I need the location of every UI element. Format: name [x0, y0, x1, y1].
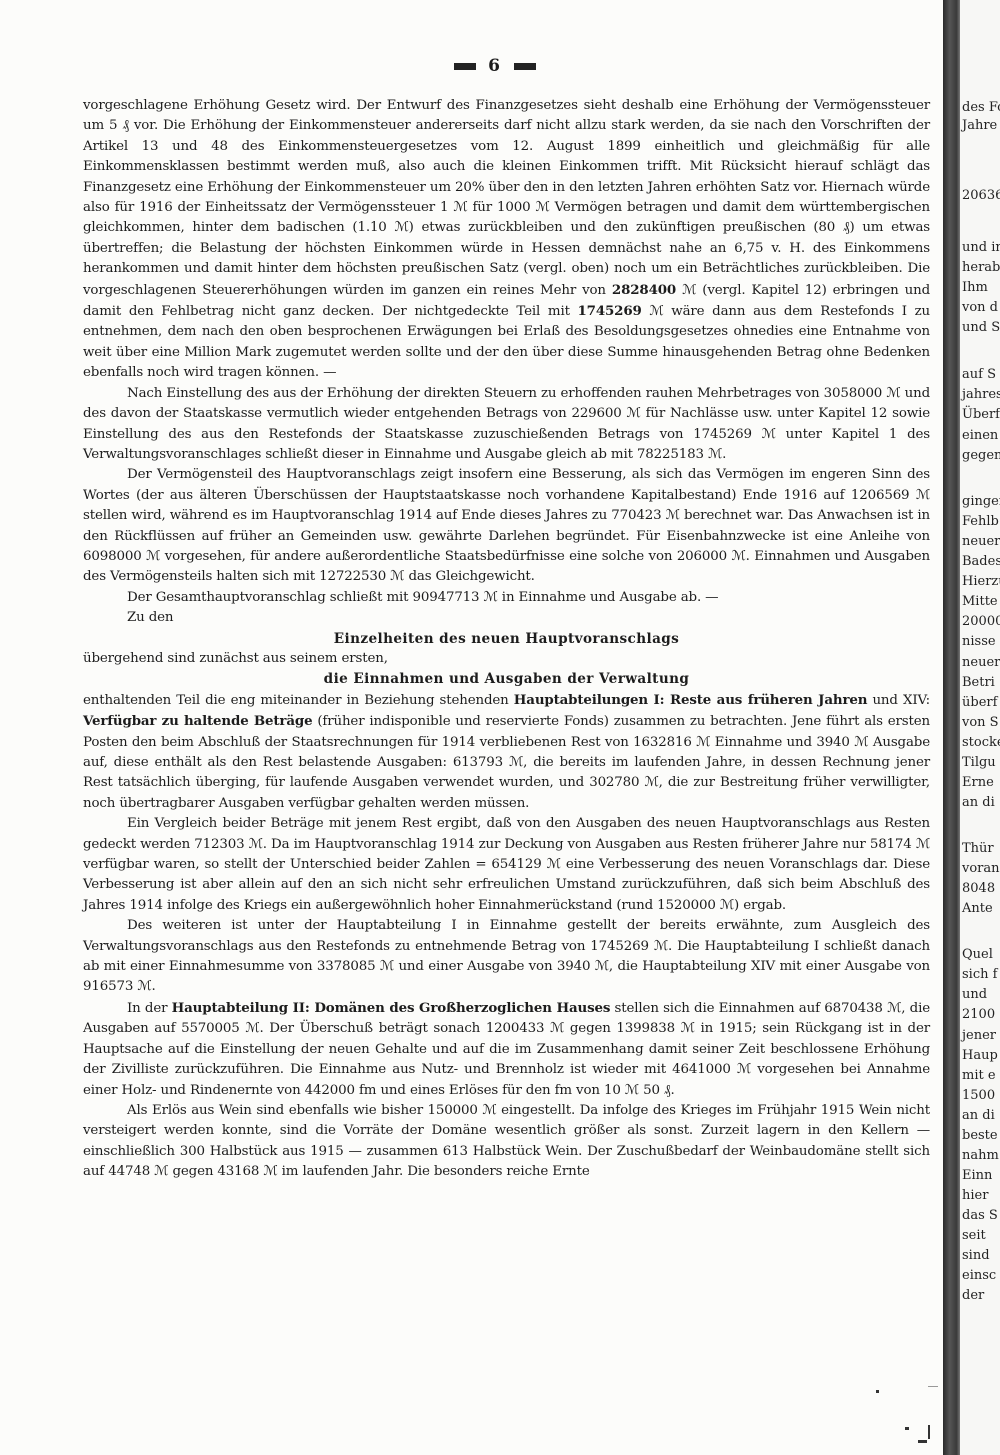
text-run: Des weiteren ist unter der Hauptabteilun…: [83, 918, 930, 994]
adjacent-page-text-fragment: an di: [962, 795, 995, 810]
page-number-header: 6: [0, 56, 990, 76]
text-run: Der Gesamthauptvoranschlag schließt mit …: [127, 590, 718, 605]
text-run: enthaltenden Teil die eng miteinander in…: [83, 693, 514, 708]
text-run: Zu den: [127, 610, 173, 625]
adjacent-page-text-fragment: Einn: [962, 1168, 992, 1183]
text-run: vorgeschlagene Erhöhung Gesetz wird. Der…: [83, 98, 930, 298]
bold-text: 2828400: [612, 282, 676, 298]
adjacent-page-text-fragment: an di: [962, 1108, 995, 1123]
adjacent-page-text-fragment: stocke: [962, 735, 1000, 750]
paragraph: Zu den: [83, 608, 930, 628]
adjacent-page-text-fragment: Bades: [962, 554, 1000, 569]
text-run: In der: [127, 1001, 172, 1016]
scan-speck: [905, 1427, 909, 1430]
text-run: übergehend sind zunächst aus seinem erst…: [83, 651, 388, 666]
adjacent-page-text-fragment: seit: [962, 1228, 986, 1243]
adjacent-page-text-fragment: Ante: [962, 901, 993, 916]
bold-text: Hauptabteilungen I: Reste aus früheren J…: [514, 692, 868, 708]
adjacent-page-edge: des FoJahre20636und inherabsIhmvon dund …: [960, 0, 1000, 1455]
adjacent-page-text-fragment: voran: [962, 861, 1000, 876]
paragraph: Des weiteren ist unter der Hauptabteilun…: [83, 916, 930, 998]
adjacent-page-text-fragment: gegen: [962, 448, 1000, 463]
adjacent-page-text-fragment: Quel: [962, 947, 993, 962]
adjacent-page-text-fragment: überf: [962, 695, 997, 710]
adjacent-page-text-fragment: jahres: [962, 387, 1000, 402]
adjacent-page-text-fragment: einen: [962, 428, 998, 443]
adjacent-page-text-fragment: Ihm: [962, 280, 988, 295]
bold-text: Einzelheiten des neuen Hauptvoranschlags: [334, 631, 679, 647]
adjacent-page-text-fragment: Mitte: [962, 594, 998, 609]
bold-text: 1745269: [578, 303, 642, 319]
adjacent-page-text-fragment: Überf: [962, 407, 1000, 422]
adjacent-page-text-fragment: neuer: [962, 655, 1000, 670]
adjacent-page-text-fragment: jener: [962, 1028, 996, 1043]
adjacent-page-text-fragment: Tilgu: [962, 755, 996, 770]
adjacent-page-text-fragment: das S: [962, 1208, 998, 1223]
paragraph: Der Gesamthauptvoranschlag schließt mit …: [83, 588, 930, 608]
scan-speck: [928, 1425, 930, 1439]
adjacent-page-text-fragment: sich f: [962, 967, 997, 982]
adjacent-page-text-fragment: 2100: [962, 1007, 995, 1022]
section-heading: Einzelheiten des neuen Hauptvoranschlags: [83, 629, 930, 649]
adjacent-page-text-fragment: der: [962, 1288, 984, 1303]
adjacent-page-text-fragment: Erne: [962, 775, 994, 790]
adjacent-page-text-fragment: von d: [962, 300, 998, 315]
adjacent-page-text-fragment: 20636: [962, 188, 1000, 203]
document-page: 6 vorgeschlagene Erhöhung Gesetz wird. D…: [0, 0, 945, 1455]
adjacent-page-text-fragment: und S: [962, 320, 1000, 335]
adjacent-page-text-fragment: herabs: [962, 260, 1000, 275]
bold-text: Verfügbar zu haltende Beträge: [83, 713, 312, 729]
adjacent-page-text-fragment: Haup: [962, 1048, 998, 1063]
text-run: Ein Vergleich beider Beträge mit jenem R…: [83, 816, 930, 913]
adjacent-page-text-fragment: 1500: [962, 1088, 995, 1103]
paragraph: Ein Vergleich beider Beträge mit jenem R…: [83, 814, 930, 916]
adjacent-page-text-fragment: des Fo: [962, 100, 1000, 115]
scan-mark: [928, 1386, 938, 1387]
adjacent-page-text-fragment: Fehlb: [962, 514, 999, 529]
adjacent-page-text-fragment: 20000: [962, 614, 1000, 629]
adjacent-page-text-fragment: nisse: [962, 634, 996, 649]
ornament-dash-right: [514, 63, 536, 70]
text-run: Als Erlös aus Wein sind ebenfalls wie bi…: [83, 1103, 930, 1179]
ornament-dash-left: [454, 63, 476, 70]
adjacent-page-text-fragment: nahm: [962, 1148, 999, 1163]
book-gutter: [943, 0, 960, 1455]
body-text: vorgeschlagene Erhöhung Gesetz wird. Der…: [83, 96, 930, 1183]
paragraph: Der Vermögensteil des Hauptvoranschlags …: [83, 465, 930, 587]
adjacent-page-text-fragment: hier: [962, 1188, 988, 1203]
section-heading: die Einnahmen und Ausgaben der Verwaltun…: [83, 669, 930, 689]
adjacent-page-text-fragment: neuer: [962, 534, 1000, 549]
page-number: 6: [488, 56, 502, 76]
scan-speck: [876, 1390, 879, 1393]
bold-text: Hauptabteilung II: Domänen des Großherzo…: [172, 1000, 611, 1016]
bold-text: die Einnahmen und Ausgaben der Verwaltun…: [324, 671, 690, 687]
paragraph: übergehend sind zunächst aus seinem erst…: [83, 649, 930, 669]
adjacent-page-text-fragment: auf S: [962, 367, 996, 382]
adjacent-page-text-fragment: und: [962, 987, 987, 1002]
adjacent-page-text-fragment: und in: [962, 240, 1000, 255]
paragraph: enthaltenden Teil die eng miteinander in…: [83, 690, 930, 814]
paragraph: Als Erlös aus Wein sind ebenfalls wie bi…: [83, 1101, 930, 1183]
adjacent-page-text-fragment: Hierzu: [962, 574, 1000, 589]
adjacent-page-text-fragment: Betri: [962, 675, 995, 690]
text-run: Der Vermögensteil des Hauptvoranschlags …: [83, 467, 930, 584]
adjacent-page-text-fragment: einsc: [962, 1268, 996, 1283]
adjacent-page-text-fragment: sind: [962, 1248, 990, 1263]
paragraph: Nach Einstellung des aus der Erhöhung de…: [83, 384, 930, 466]
adjacent-page-text-fragment: mit e: [962, 1068, 996, 1083]
scan-speck: [918, 1440, 927, 1443]
text-run: und XIV:: [867, 693, 930, 708]
adjacent-page-text-fragment: von S: [962, 715, 999, 730]
adjacent-page-text-fragment: ginger: [962, 494, 1000, 509]
adjacent-page-text-fragment: beste: [962, 1128, 998, 1143]
paragraph: In der Hauptabteilung II: Domänen des Gr…: [83, 998, 930, 1101]
adjacent-page-text-fragment: Thür: [962, 841, 994, 856]
adjacent-page-text-fragment: 8048: [962, 881, 995, 896]
paragraph: vorgeschlagene Erhöhung Gesetz wird. Der…: [83, 96, 930, 384]
adjacent-page-text-fragment: Jahre: [962, 118, 997, 133]
text-run: Nach Einstellung des aus der Erhöhung de…: [83, 386, 930, 462]
